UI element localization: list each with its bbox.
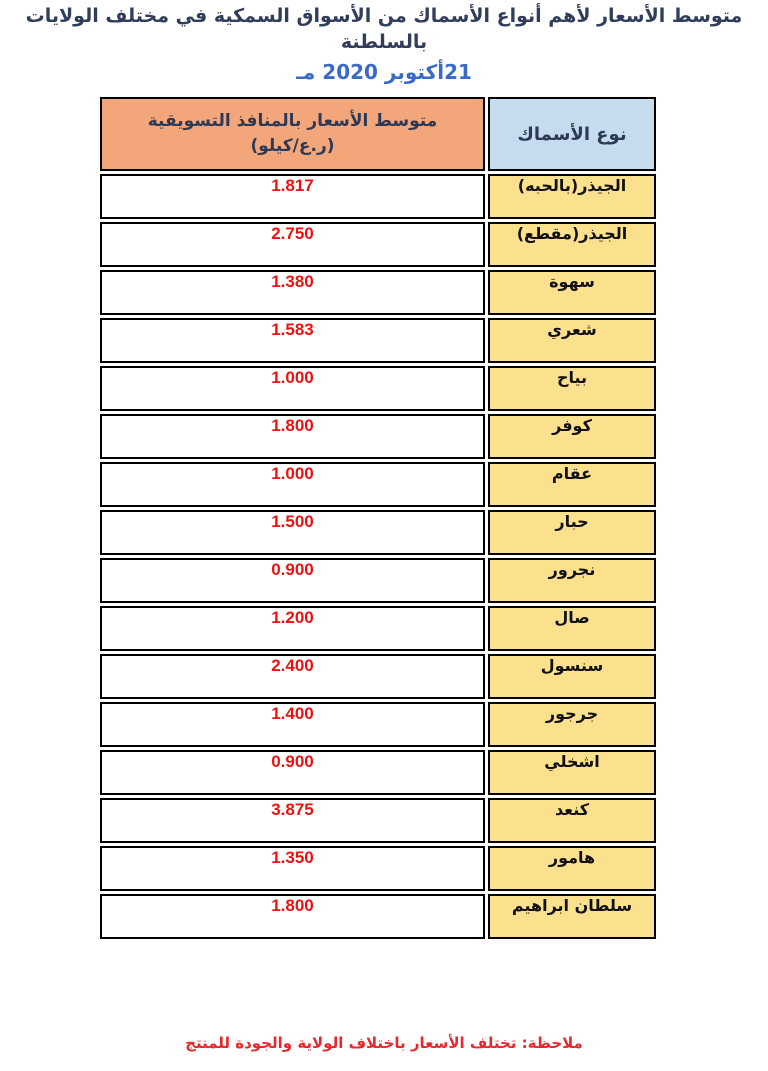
table-row: كوفر1.800	[100, 414, 656, 459]
price-value-cell: 3.875	[100, 798, 485, 843]
fish-price-table: نوع الأسماك متوسط الأسعار بالمنافذ التسو…	[97, 94, 659, 942]
price-value-cell: 0.900	[100, 558, 485, 603]
price-table-body: الجيذر(بالحبه)1.817الجيذر(مقطع)2.750سهوة…	[100, 174, 656, 939]
price-value-cell: 1.000	[100, 366, 485, 411]
fish-name-cell: نجرور	[488, 558, 656, 603]
fish-name-cell: هامور	[488, 846, 656, 891]
table-row: اشخلي0.900	[100, 750, 656, 795]
fish-name-cell: كوفر	[488, 414, 656, 459]
price-value-cell: 1.800	[100, 894, 485, 939]
price-value-cell: 1.400	[100, 702, 485, 747]
footer-note: ملاحظة: تختلف الأسعار باختلاف الولاية وا…	[0, 1034, 768, 1052]
table-row: جرجور1.400	[100, 702, 656, 747]
fish-type-column-header: نوع الأسماك	[488, 97, 656, 171]
price-value-cell: 1.200	[100, 606, 485, 651]
price-value-cell: 1.500	[100, 510, 485, 555]
fish-name-cell: سنسول	[488, 654, 656, 699]
fish-name-cell: صال	[488, 606, 656, 651]
fish-name-cell: حبار	[488, 510, 656, 555]
average-price-column-header: متوسط الأسعار بالمنافذ التسويقية (ر.ع/كي…	[100, 97, 485, 171]
table-row: صال1.200	[100, 606, 656, 651]
fish-name-cell: سهوة	[488, 270, 656, 315]
fish-name-cell: بياح	[488, 366, 656, 411]
table-row: الجيذر(بالحبه)1.817	[100, 174, 656, 219]
price-header-line1: متوسط الأسعار بالمنافذ التسويقية	[102, 109, 483, 135]
price-value-cell: 1.583	[100, 318, 485, 363]
table-row: عقام1.000	[100, 462, 656, 507]
table-row: كنعد3.875	[100, 798, 656, 843]
page-title: متوسط الأسعار لأهم أنواع الأسماك من الأس…	[0, 4, 768, 55]
price-value-cell: 1.000	[100, 462, 485, 507]
price-value-cell: 1.800	[100, 414, 485, 459]
price-value-cell: 1.380	[100, 270, 485, 315]
fish-name-cell: الجيذر(بالحبه)	[488, 174, 656, 219]
table-row: شعري1.583	[100, 318, 656, 363]
fish-name-cell: كنعد	[488, 798, 656, 843]
price-value-cell: 2.750	[100, 222, 485, 267]
table-row: سنسول2.400	[100, 654, 656, 699]
page-date: 21أكتوبر 2020 مـ	[0, 60, 768, 84]
table-row: حبار1.500	[100, 510, 656, 555]
document-header: متوسط الأسعار لأهم أنواع الأسماك من الأس…	[0, 4, 768, 84]
table-row: الجيذر(مقطع)2.750	[100, 222, 656, 267]
price-header-line2: (ر.ع/كيلو)	[102, 134, 483, 160]
price-value-cell: 1.350	[100, 846, 485, 891]
header-row: نوع الأسماك متوسط الأسعار بالمنافذ التسو…	[100, 97, 656, 171]
table-row: هامور1.350	[100, 846, 656, 891]
price-value-cell: 1.817	[100, 174, 485, 219]
price-value-cell: 0.900	[100, 750, 485, 795]
table-row: نجرور0.900	[100, 558, 656, 603]
price-table-container: نوع الأسماك متوسط الأسعار بالمنافذ التسو…	[97, 94, 659, 942]
table-row: سلطان ابراهيم1.800	[100, 894, 656, 939]
fish-name-cell: جرجور	[488, 702, 656, 747]
table-row: بياح1.000	[100, 366, 656, 411]
table-row: سهوة1.380	[100, 270, 656, 315]
fish-name-cell: اشخلي	[488, 750, 656, 795]
price-value-cell: 2.400	[100, 654, 485, 699]
price-table-head: نوع الأسماك متوسط الأسعار بالمنافذ التسو…	[100, 97, 656, 171]
fish-name-cell: سلطان ابراهيم	[488, 894, 656, 939]
fish-name-cell: الجيذر(مقطع)	[488, 222, 656, 267]
fish-price-bulletin: { "page": { "title_line1": "متوسط الأسعا…	[0, 0, 768, 1071]
fish-name-cell: عقام	[488, 462, 656, 507]
fish-name-cell: شعري	[488, 318, 656, 363]
